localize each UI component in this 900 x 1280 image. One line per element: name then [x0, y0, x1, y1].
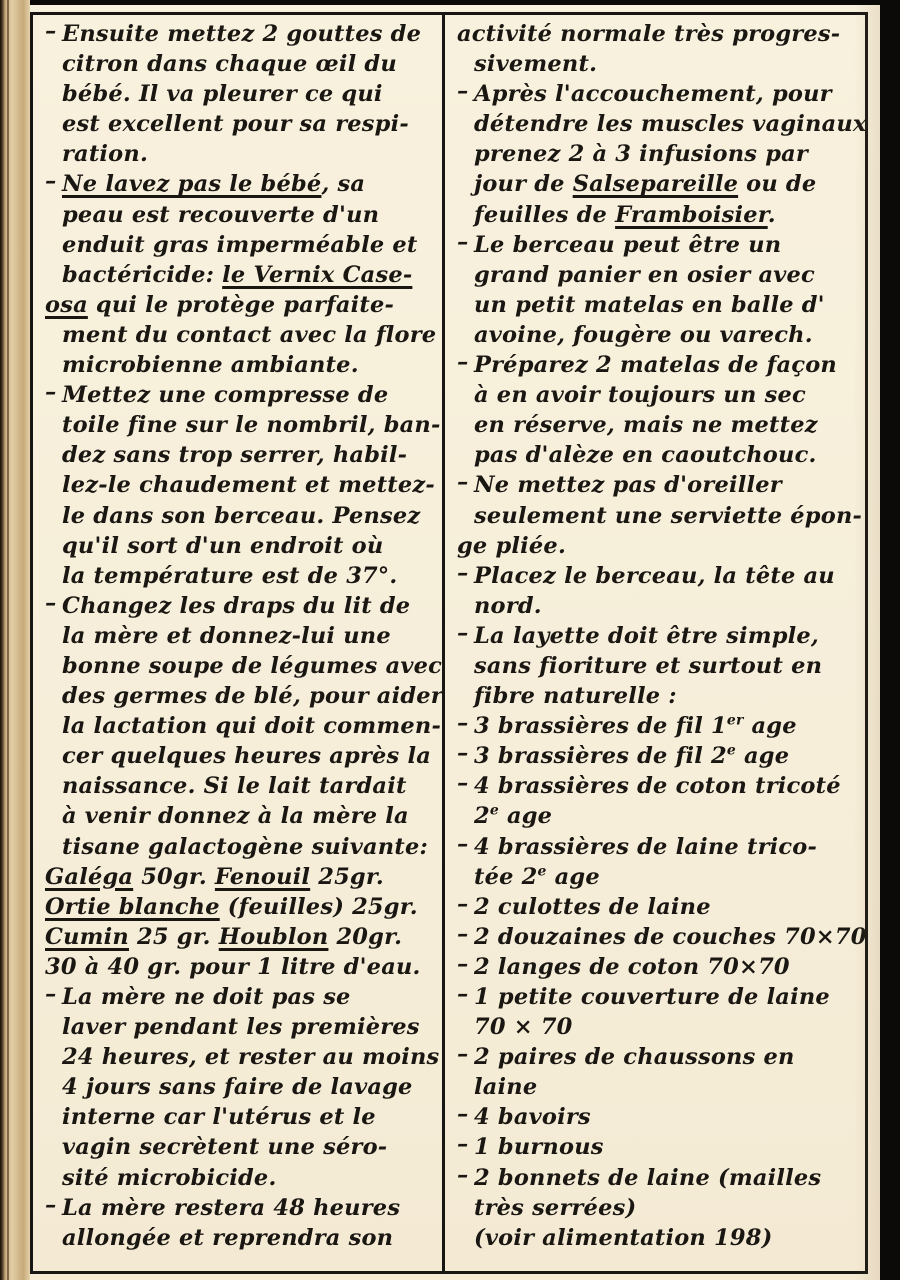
text-segment: activité normale très progres- [457, 21, 840, 47]
text-segment: bonne soupe de légumes avec [62, 653, 442, 679]
bullet-dash: – [457, 979, 474, 1009]
handwritten-line: à venir donnez à la mère la [45, 801, 441, 831]
text-segment: 24 heures, et rester au moins [62, 1044, 439, 1070]
underlined-text: le Vernix Case- [222, 262, 412, 288]
handwritten-line: à en avoir toujours un sec [457, 380, 877, 410]
text-segment: jour de [474, 171, 573, 197]
text-segment: 2 douzaines de couches 70×70 [474, 924, 867, 950]
handwritten-line: –Ensuite mettez 2 gouttes de [45, 19, 441, 49]
bullet-dash: – [457, 1039, 474, 1069]
handwritten-line: grand panier en osier avec [457, 260, 877, 290]
underlined-text: Ne lavez pas le bébé [62, 171, 321, 197]
bullet-dash: – [45, 979, 62, 1009]
paper: –Ensuite mettez 2 gouttes decitron dans … [30, 5, 880, 1280]
handwritten-line: la température est de 37°. [45, 561, 441, 591]
handwritten-line: –1 burnous [457, 1132, 877, 1162]
text-segment: La mère restera 48 heures [62, 1195, 400, 1221]
text-segment: 4 brassières de laine trico- [474, 834, 817, 860]
handwritten-line: prenez 2 à 3 infusions par [457, 139, 877, 169]
bullet-dash: – [457, 889, 474, 919]
handwritten-line: sité microbicide. [45, 1163, 441, 1193]
underlined-text: Fenouil [215, 864, 310, 890]
bullet-dash: – [45, 588, 62, 618]
text-segment: la lactation qui doit commen- [62, 713, 441, 739]
handwritten-line: allongée et reprendra son [45, 1223, 441, 1253]
bullet-dash: – [457, 227, 474, 257]
handwritten-line: ment du contact avec la flore [45, 320, 441, 350]
handwritten-line: activité normale très progres- [457, 19, 877, 49]
text-segment: 4 bavoirs [474, 1104, 591, 1130]
text-segment: laine [474, 1074, 537, 1100]
text-segment: Après l'accouchement, pour [474, 81, 832, 107]
text-segment: La mère ne doit pas se [62, 984, 351, 1010]
handwritten-line: feuilles de Framboisier. [457, 200, 877, 230]
handwritten-line: 24 heures, et rester au moins [45, 1042, 441, 1072]
text-segment: dez sans trop serrer, habil- [62, 442, 407, 468]
bullet-dash: – [457, 919, 474, 949]
text-segment: 20gr. [328, 924, 402, 950]
underlined-text: Framboisier [615, 202, 768, 228]
text-segment: Préparez 2 matelas de façon [474, 352, 837, 378]
text-segment: 3 brassières de fil 1 [474, 713, 727, 739]
text-segment: un petit matelas en balle d' [474, 292, 825, 318]
text-segment: , sa [321, 171, 365, 197]
gutter-crease [7, 0, 9, 1280]
text-segment: à venir donnez à la mère la [62, 803, 409, 829]
handwritten-line: un petit matelas en balle d' [457, 290, 877, 320]
text-segment: lez-le chaudement et mettez- [62, 472, 435, 498]
handwritten-line: –2 douzaines de couches 70×70 [457, 922, 877, 952]
text-segment: est excellent pour sa respi- [62, 111, 409, 137]
handwritten-line: très serrées) [457, 1193, 877, 1223]
handwritten-line: 2e age [457, 801, 877, 831]
text-segment: très serrées) [474, 1195, 636, 1221]
handwritten-line: peau est recouverte d'un [45, 200, 441, 230]
bullet-dash: – [45, 16, 62, 46]
text-segment: toile fine sur le nombril, ban- [62, 412, 441, 438]
bullet-dash: – [45, 1190, 62, 1220]
bullet-dash: – [457, 1129, 474, 1159]
handwritten-line: –La mère restera 48 heures [45, 1193, 441, 1223]
text-segment: age [744, 713, 797, 739]
text-segment: grand panier en osier avec [474, 262, 815, 288]
text-segment: bébé. Il va pleurer ce qui [62, 81, 383, 107]
text-segment: interne car l'utérus et le [62, 1104, 376, 1130]
text-segment: 3 brassières de fil 2 [474, 743, 727, 769]
text-segment: naissance. Si le lait tardait [62, 773, 407, 799]
handwritten-line: ration. [45, 139, 441, 169]
bullet-dash: – [457, 618, 474, 648]
handwritten-line: sivement. [457, 49, 877, 79]
text-segment: ment du contact avec la flore [62, 322, 436, 348]
handwritten-line: 4 jours sans faire de lavage [45, 1072, 441, 1102]
handwritten-line: –La layette doit être simple, [457, 621, 877, 651]
handwritten-line: –2 culottes de laine [457, 892, 877, 922]
text-segment: 25 gr. [129, 924, 219, 950]
handwritten-line: –1 petite couverture de laine [457, 982, 877, 1012]
bullet-dash: – [457, 829, 474, 859]
text-segment: ou de [738, 171, 816, 197]
handwritten-line: des germes de blé, pour aider [45, 681, 441, 711]
handwritten-line: nord. [457, 591, 877, 621]
text-segment: des germes de blé, pour aider [62, 683, 443, 709]
text-segment: e [727, 743, 736, 759]
bullet-dash: – [457, 768, 474, 798]
text-segment: prenez 2 à 3 infusions par [474, 141, 808, 167]
handwritten-line: interne car l'utérus et le [45, 1102, 441, 1132]
handwritten-line: la mère et donnez-lui une [45, 621, 441, 651]
bullet-dash: – [457, 1099, 474, 1129]
text-segment: 50gr. [133, 864, 215, 890]
handwritten-line: bébé. Il va pleurer ce qui [45, 79, 441, 109]
handwritten-line: –3 brassières de fil 2e age [457, 741, 877, 771]
text-segment: allongée et reprendra son [62, 1225, 393, 1251]
handwritten-line: –4 brassières de coton tricoté [457, 771, 877, 801]
handwritten-line: le dans son berceau. Pensez [45, 501, 441, 531]
text-segment: laver pendant les premières [62, 1014, 420, 1040]
text-segment: cer quelques heures après la [62, 743, 431, 769]
text-segment: e [490, 803, 499, 819]
handwritten-line: ge pliée. [457, 531, 877, 561]
text-segment: vagin secrètent une séro- [62, 1134, 387, 1160]
bullet-dash: – [457, 738, 474, 768]
text-segment: Ne mettez pas d'oreiller [474, 472, 782, 498]
handwritten-line: dez sans trop serrer, habil- [45, 440, 441, 470]
handwritten-line: enduit gras imperméable et [45, 230, 441, 260]
handwritten-line: avoine, fougère ou varech. [457, 320, 877, 350]
text-segment: ration. [62, 141, 148, 167]
text-segment: age [547, 864, 600, 890]
handwritten-line: vagin secrètent une séro- [45, 1132, 441, 1162]
text-segment: age [736, 743, 789, 769]
text-segment: 2 bonnets de laine (mailles [474, 1165, 821, 1191]
text-segment: tisane galactogène suivante: [62, 834, 428, 860]
underlined-text: osa [45, 292, 88, 318]
text-segment: en réserve, mais ne mettez [474, 412, 818, 438]
bullet-dash: – [457, 467, 474, 497]
handwritten-line: tée 2e age [457, 862, 877, 892]
handwritten-line: pas d'alèze en caoutchouc. [457, 440, 877, 470]
text-segment: citron dans chaque œil du [62, 51, 397, 77]
text-segment: microbienne ambiante. [62, 352, 359, 378]
scanned-book-page: –Ensuite mettez 2 gouttes decitron dans … [0, 0, 900, 1280]
text-segment: 1 petite couverture de laine [474, 984, 830, 1010]
left-column: –Ensuite mettez 2 gouttes decitron dans … [45, 19, 441, 1253]
handwritten-line: bonne soupe de légumes avec [45, 651, 441, 681]
handwritten-line: –Le berceau peut être un [457, 230, 877, 260]
text-segment: . [768, 202, 776, 228]
handwritten-line: –Ne lavez pas le bébé, sa [45, 169, 441, 199]
handwritten-line: laver pendant les premières [45, 1012, 441, 1042]
text-segment: tée 2 [474, 864, 538, 890]
text-segment: feuilles de [474, 202, 615, 228]
handwritten-line: –4 bavoirs [457, 1102, 877, 1132]
handwritten-line: –Préparez 2 matelas de façon [457, 350, 877, 380]
handwritten-line: qu'il sort d'un endroit où [45, 531, 441, 561]
handwritten-line: en réserve, mais ne mettez [457, 410, 877, 440]
handwritten-line: lez-le chaudement et mettez- [45, 470, 441, 500]
column-divider [442, 15, 445, 1271]
right-column: activité normale très progres-sivement.–… [457, 19, 877, 1253]
handwritten-line: fibre naturelle : [457, 681, 877, 711]
handwritten-line: 30 à 40 gr. pour 1 litre d'eau. [45, 952, 441, 982]
text-segment: qu'il sort d'un endroit où [62, 533, 383, 559]
handwritten-line: seulement une serviette épon- [457, 501, 877, 531]
handwritten-line: cer quelques heures après la [45, 741, 441, 771]
text-segment: Changez les draps du lit de [62, 593, 410, 619]
text-segment: Ensuite mettez 2 gouttes de [62, 21, 421, 47]
text-segment: 70 × 70 [474, 1014, 573, 1040]
text-segment: 2 paires de chaussons en [474, 1044, 795, 1070]
text-segment: Le berceau peut être un [474, 232, 781, 258]
handwritten-line: jour de Salsepareille ou de [457, 169, 877, 199]
text-segment: le dans son berceau. Pensez [62, 503, 420, 529]
text-segment: à en avoir toujours un sec [474, 382, 806, 408]
text-segment: (feuilles) 25gr. [220, 894, 418, 920]
text-segment: pas d'alèze en caoutchouc. [474, 442, 817, 468]
handwritten-line: la lactation qui doit commen- [45, 711, 441, 741]
handwritten-line: –2 langes de coton 70×70 [457, 952, 877, 982]
handwritten-line: –2 bonnets de laine (mailles [457, 1163, 877, 1193]
handwritten-line: naissance. Si le lait tardait [45, 771, 441, 801]
text-segment: 2 langes de coton 70×70 [474, 954, 790, 980]
bullet-dash: – [45, 377, 62, 407]
handwritten-line: –Placez le berceau, la tête au [457, 561, 877, 591]
handwritten-line: Cumin 25 gr. Houblon 20gr. [45, 922, 441, 952]
handwritten-line: osa qui le protège parfaite- [45, 290, 441, 320]
handwritten-line: est excellent pour sa respi- [45, 109, 441, 139]
text-segment: sité microbicide. [62, 1165, 276, 1191]
text-segment: bactéricide: [62, 262, 222, 288]
book-gutter [0, 0, 30, 1280]
text-segment: qui le protège parfaite- [88, 292, 394, 318]
text-segment: la température est de 37°. [62, 563, 397, 589]
text-segment: 2 [474, 803, 490, 829]
handwritten-line: bactéricide: le Vernix Case- [45, 260, 441, 290]
bullet-dash: – [457, 708, 474, 738]
handwritten-line: –Mettez une compresse de [45, 380, 441, 410]
handwritten-line: Galéga 50gr. Fenouil 25gr. [45, 862, 441, 892]
handwritten-line: –2 paires de chaussons en [457, 1042, 877, 1072]
text-segment: Mettez une compresse de [62, 382, 388, 408]
text-segment: peau est recouverte d'un [62, 202, 379, 228]
text-segment: 2 culottes de laine [474, 894, 711, 920]
underlined-text: Galéga [45, 864, 133, 890]
text-segment: 1 burnous [474, 1134, 604, 1160]
handwritten-line: microbienne ambiante. [45, 350, 441, 380]
text-segment: la mère et donnez-lui une [62, 623, 391, 649]
text-segment: (voir alimentation 198) [474, 1225, 772, 1251]
handwritten-line: –3 brassières de fil 1er age [457, 711, 877, 741]
text-segment: fibre naturelle : [474, 683, 677, 709]
text-segment: avoine, fougère ou varech. [474, 322, 813, 348]
handwritten-line: –La mère ne doit pas se [45, 982, 441, 1012]
text-segment: ge pliée. [457, 533, 566, 559]
text-segment: sans fioriture et surtout en [474, 653, 822, 679]
handwritten-line: toile fine sur le nombril, ban- [45, 410, 441, 440]
text-segment: 4 jours sans faire de lavage [62, 1074, 413, 1100]
underlined-text: Cumin [45, 924, 129, 950]
handwritten-line: –Après l'accouchement, pour [457, 79, 877, 109]
underlined-text: Houblon [219, 924, 329, 950]
text-segment: age [499, 803, 552, 829]
handwritten-line: sans fioriture et surtout en [457, 651, 877, 681]
text-segment: La layette doit être simple, [474, 623, 819, 649]
text-segment: nord. [474, 593, 542, 619]
text-segment: enduit gras imperméable et [62, 232, 418, 258]
bullet-dash: – [457, 347, 474, 377]
text-segment: e [538, 863, 547, 879]
page-border-frame: –Ensuite mettez 2 gouttes decitron dans … [30, 12, 868, 1274]
text-segment: er [727, 713, 744, 729]
handwritten-line: tisane galactogène suivante: [45, 832, 441, 862]
handwritten-line: 70 × 70 [457, 1012, 877, 1042]
handwritten-line: Ortie blanche (feuilles) 25gr. [45, 892, 441, 922]
text-segment: 25gr. [310, 864, 384, 890]
paper-fleck [150, 910, 154, 913]
text-segment: sivement. [474, 51, 597, 77]
underlined-text: Ortie blanche [45, 894, 220, 920]
handwritten-line: –Changez les draps du lit de [45, 591, 441, 621]
bullet-dash: – [457, 949, 474, 979]
handwritten-line: citron dans chaque œil du [45, 49, 441, 79]
text-segment: détendre les muscles vaginaux [474, 111, 867, 137]
handwritten-line: –Ne mettez pas d'oreiller [457, 470, 877, 500]
handwritten-line: (voir alimentation 198) [457, 1223, 877, 1253]
text-segment: seulement une serviette épon- [474, 503, 862, 529]
handwritten-line: détendre les muscles vaginaux [457, 109, 877, 139]
paper-fleck [340, 360, 345, 364]
text-segment: 30 à 40 gr. pour 1 litre d'eau. [45, 954, 421, 980]
handwritten-line: laine [457, 1072, 877, 1102]
text-segment: 4 brassières de coton tricoté [474, 773, 841, 799]
underlined-text: Salsepareille [573, 171, 738, 197]
bullet-dash: – [45, 166, 62, 196]
bullet-dash: – [457, 558, 474, 588]
bullet-dash: – [457, 1160, 474, 1190]
bullet-dash: – [457, 76, 474, 106]
text-segment: Placez le berceau, la tête au [474, 563, 835, 589]
handwritten-line: –4 brassières de laine trico- [457, 832, 877, 862]
